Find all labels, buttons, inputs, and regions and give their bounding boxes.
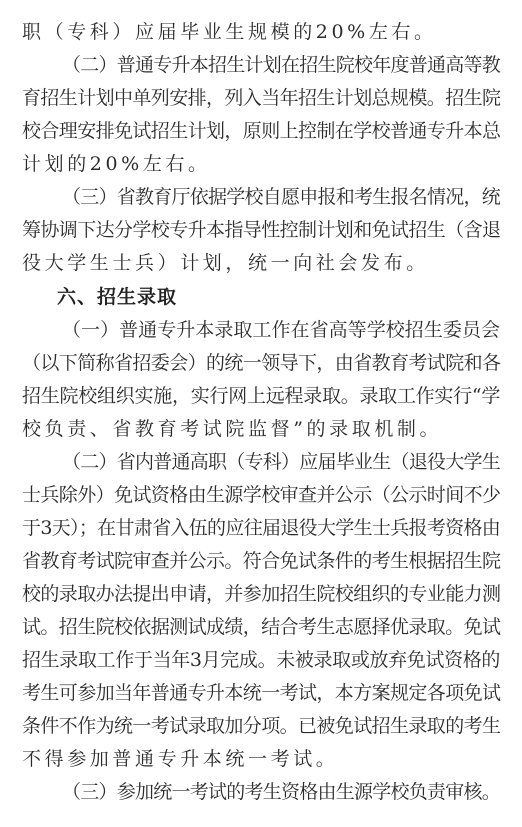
paragraph-line: 职（专科）应届毕业生规模的20%左右。	[22, 20, 500, 44]
paragraph-line: 役大学生士兵）计划，统一向社会发布。	[22, 251, 500, 275]
paragraph-line: 校合理安排免试招生计划，原则上控制在学校普通专升本总	[22, 119, 500, 143]
paragraph-line: 试。招生院校依据测试成绩，结合考生志愿择优录取。免试	[22, 615, 500, 639]
paragraph-line: 考生可参加当年普通专升本统一考试，本方案规定各项免试	[22, 681, 500, 705]
paragraph-first-line: （三）省教育厅依据学校自愿申报和考生报名情况，统	[62, 185, 500, 209]
paragraph-line: 招生院校组织实施，实行网上远程录取。录取工作实行“学	[22, 384, 500, 408]
paragraph-line: 不得参加普通专升本统一考试。	[22, 747, 500, 771]
paragraph-first-line: （三）参加统一考试的考生资格由生源学校负责审核。	[62, 780, 500, 804]
paragraph-first-line: （一）普通专升本录取工作在省高等学校招生委员会	[62, 318, 500, 342]
paragraph-line: 士兵除外）免试资格由生源学校审查并公示（公示时间不少	[22, 483, 500, 507]
paragraph-line: 招生录取工作于当年3月完成。未被录取或放弃免试资格的	[22, 648, 500, 672]
paragraph-line: 校负责、省教育考试院监督”的录取机制。	[22, 417, 500, 441]
paragraph-line: 省教育考试院审查并公示。符合免试条件的考生根据招生院	[22, 549, 500, 573]
paragraph-line: 于3天）；在甘肃省入伍的应往届退役大学生士兵报考资格由	[22, 516, 500, 540]
paragraph-line: 筹协调下达分学校专升本指导性控制计划和免试招生（含退	[22, 218, 500, 242]
paragraph-first-line: （二）省内普通高职（专科）应届毕业生（退役大学生	[62, 450, 500, 474]
paragraph-line: （以下简称省招委会）的统一领导下，由省教育考试院和各	[22, 351, 500, 375]
paragraph-line: 条件不作为统一考试录取加分项。已被免试招生录取的考生	[22, 714, 500, 738]
paragraph-line: 校的录取办法提出申请，并参加招生院校组织的专业能力测	[22, 582, 500, 606]
paragraph-line: 育招生计划中单列安排，列入当年招生计划总规模。招生院	[22, 86, 500, 110]
paragraph-line: 计划的20%左右。	[22, 152, 500, 176]
paragraph-first-line: （二）普通专升本招生计划在招生院校年度普通高等教	[62, 53, 500, 77]
section-heading: 六、招生录取	[57, 285, 177, 309]
